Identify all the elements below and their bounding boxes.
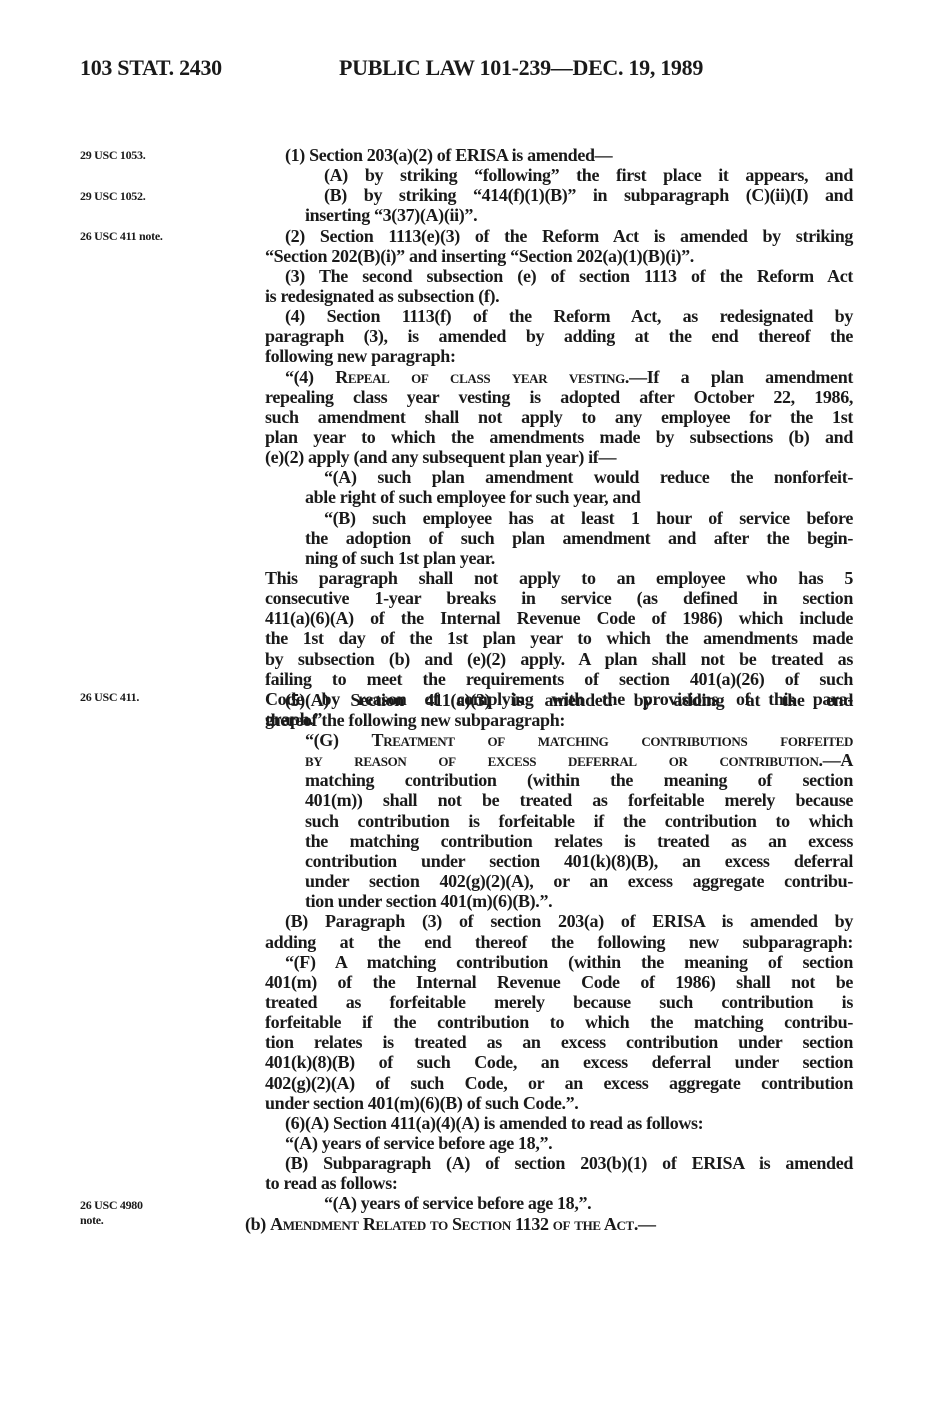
text-line: 401(m)) shall not be treated as forfeita… — [305, 790, 853, 810]
text-line: under section 401(m)(6)(B) of such Code.… — [265, 1093, 578, 1113]
text-line: This paragraph shall not apply to an emp… — [265, 568, 853, 588]
text-line: treated as forfeitable merely because su… — [265, 992, 853, 1012]
section-heading: by reason of excess deferral or contribu… — [305, 750, 823, 770]
text-line: failing to meet the requirements of sect… — [265, 669, 853, 689]
text-line: by subsection (b) and (e)(2) apply. A pl… — [265, 649, 853, 669]
text-line: 401(m) of the Internal Revenue Code of 1… — [265, 972, 853, 992]
text-line: “(A) such plan amendment would reduce th… — [324, 467, 853, 487]
text-line: (A) by striking “following” the first pl… — [324, 165, 853, 185]
margin-note: 29 USC 1052. — [80, 189, 145, 204]
text-line: the 1st day of the 1st plan year to whic… — [265, 628, 853, 648]
text-line: (B) Subparagraph (A) of section 203(b)(1… — [285, 1153, 853, 1173]
text-line: (2) Section 1113(e)(3) of the Reform Act… — [285, 226, 853, 246]
section-heading: Repeal of class year vesting. — [335, 367, 629, 387]
text-line: (B) by striking “414(f)(1)(B)” in subpar… — [324, 185, 853, 205]
text-line: (B) Paragraph (3) of section 203(a) of E… — [285, 911, 853, 931]
text-line: inserting “3(37)(A)(ii)”. — [305, 205, 477, 225]
text-line: “(B) such employee has at least 1 hour o… — [324, 508, 853, 528]
text-line: the matching contribution relates is tre… — [305, 831, 853, 851]
text-line: “Section 202(B)(i)” and inserting “Secti… — [265, 246, 694, 266]
text-line: “(F) A matching contribution (within the… — [285, 952, 853, 972]
text-line: forfeitable if the contribution to which… — [265, 1012, 853, 1032]
text-line: thereof the following new subparagraph: — [265, 710, 565, 730]
text-line: to read as follows: — [265, 1173, 398, 1193]
margin-note: 26 USC 411. — [80, 690, 139, 705]
text-line: following new paragraph: — [265, 346, 456, 366]
text-line: repealing class year vesting is adopted … — [265, 387, 853, 407]
text-line: (3) The second subsection (e) of section… — [285, 266, 853, 286]
text-line: plan year to which the amendments made b… — [265, 427, 853, 447]
text-line: ning of such 1st plan year. — [305, 548, 495, 568]
text-line: “(A) years of service before age 18,”. — [324, 1193, 591, 1213]
text-line: (4) Section 1113(f) of the Reform Act, a… — [285, 306, 853, 326]
margin-note-line: note. — [80, 1213, 104, 1227]
text-line: tion relates is treated as an excess con… — [265, 1032, 853, 1052]
text-line: such contribution is forfeitable if the … — [305, 811, 853, 831]
text-line: (6)(A) Section 411(a)(4)(A) is amended t… — [285, 1113, 703, 1133]
text-line: such amendment shall not apply to any em… — [265, 407, 853, 427]
text-line: consecutive 1-year breaks in service (as… — [265, 588, 853, 608]
margin-note: 26 USC 4980 note. — [80, 1198, 143, 1228]
text-line: (e)(2) apply (and any subsequent plan ye… — [265, 447, 616, 467]
section-heading: Amendment Related to Section 1132 of the… — [270, 1214, 638, 1234]
text-line: paragraph (3), is amended by adding at t… — [265, 326, 853, 346]
text-line: matching contribution (within the meanin… — [305, 770, 853, 790]
text-line: 411(a)(6)(A) of the Internal Revenue Cod… — [265, 608, 853, 628]
text-line: under section 402(g)(2)(A), or an excess… — [305, 871, 853, 891]
text-line: (b) Amendment Related to Section 1132 of… — [245, 1214, 656, 1234]
text-line: 402(g)(2)(A) of such Code, or an excess … — [265, 1073, 853, 1093]
stat-page-reference: 103 STAT. 2430 — [80, 55, 222, 81]
margin-note: 29 USC 1053. — [80, 148, 145, 163]
text-line: “(A) years of service before age 18,”. — [285, 1133, 552, 1153]
page-title: PUBLIC LAW 101-239—DEC. 19, 1989 — [339, 55, 703, 81]
text-line: able right of such employee for such yea… — [305, 487, 640, 507]
text-line: by reason of excess deferral or contribu… — [305, 750, 853, 770]
section-heading: Treatment of matching contributions forf… — [372, 730, 853, 750]
text-line: “(G) Treatment of matching contributions… — [305, 730, 853, 750]
text-line: (5)(A) Section 411(a)(3) is amended by a… — [285, 690, 853, 710]
text-line: adding at the end thereof the following … — [265, 932, 853, 952]
text-line: (1) Section 203(a)(2) of ERISA is amende… — [285, 145, 612, 165]
text-line: contribution under section 401(k)(8)(B),… — [305, 851, 853, 871]
text-line: 401(k)(8)(B) of such Code, an excess def… — [265, 1052, 853, 1072]
text-line: the adoption of such plan amendment and … — [305, 528, 853, 548]
margin-note-line: 26 USC 4980 — [80, 1198, 143, 1212]
text-line: tion under section 401(m)(6)(B).”. — [305, 891, 552, 911]
text-line: is redesignated as subsection (f). — [265, 286, 499, 306]
margin-note: 26 USC 411 note. — [80, 229, 163, 244]
text-line: “(4) Repeal of class year vesting.—If a … — [285, 367, 853, 387]
